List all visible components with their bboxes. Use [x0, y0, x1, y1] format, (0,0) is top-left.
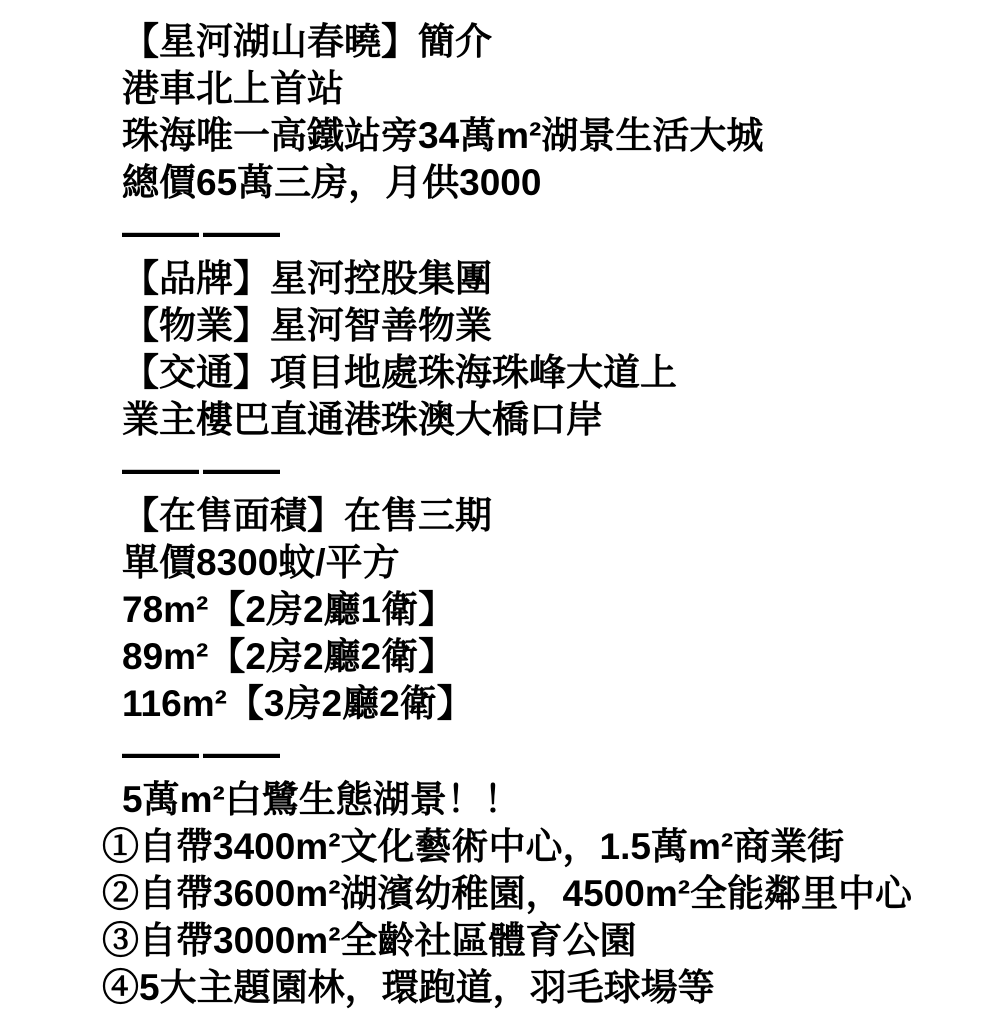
section-divider — [122, 469, 970, 475]
text-line: 【星河湖山春曉】簡介 — [122, 18, 970, 65]
divider-segment — [203, 232, 280, 237]
text-line: 【品牌】星河控股集團 — [122, 255, 970, 302]
text-line: 116m²【3房2廳2衛】 — [122, 680, 970, 727]
flyer-document: 【星河湖山春曉】簡介港車北上首站珠海唯一高鐵站旁34萬m²湖景生活大城總價65萬… — [0, 0, 1000, 1011]
text-line: 【在售面積】在售三期 — [122, 492, 970, 539]
divider-segment — [203, 753, 280, 758]
text-line: 單價8300蚊/平方 — [122, 539, 970, 586]
text-line: 總價65萬三房，月供3000 — [122, 159, 970, 206]
divider-segment — [122, 753, 199, 758]
section-divider — [122, 753, 970, 759]
divider-segment — [203, 469, 280, 474]
text-line: ④5大主題園林，環跑道，羽毛球場等 — [102, 964, 970, 1011]
text-line: 89m²【2房2廳2衛】 — [122, 633, 970, 680]
section-brand-property-transport: 【品牌】星河控股集團【物業】星河智善物業【交通】項目地處珠海珠峰大道上業主樓巴直… — [122, 255, 970, 443]
section-intro: 【星河湖山春曉】簡介港車北上首站珠海唯一高鐵站旁34萬m²湖景生活大城總價65萬… — [122, 18, 970, 206]
text-line: 業主樓巴直通港珠澳大橋口岸 — [122, 396, 970, 443]
text-line: ①自帶3400m²文化藝術中心，1.5萬m²商業街 — [102, 823, 970, 870]
divider-segment — [122, 232, 199, 237]
section-amenities: 5萬m²白鷺生態湖景！！①自帶3400m²文化藝術中心，1.5萬m²商業街②自帶… — [122, 776, 970, 1011]
text-line: 港車北上首站 — [122, 65, 970, 112]
text-line: 珠海唯一高鐵站旁34萬m²湖景生活大城 — [122, 112, 970, 159]
section-divider — [122, 232, 970, 238]
text-line: ②自帶3600m²湖濱幼稚園，4500m²全能鄰里中心 — [102, 870, 970, 917]
section-units-for-sale: 【在售面積】在售三期單價8300蚊/平方78m²【2房2廳1衛】89m²【2房2… — [122, 492, 970, 727]
text-line: ③自帶3000m²全齡社區體育公園 — [102, 917, 970, 964]
text-line: 【交通】項目地處珠海珠峰大道上 — [122, 349, 970, 396]
divider-segment — [122, 469, 199, 474]
text-line: 5萬m²白鷺生態湖景！！ — [122, 776, 970, 823]
text-line: 【物業】星河智善物業 — [122, 302, 970, 349]
text-line: 78m²【2房2廳1衛】 — [122, 586, 970, 633]
